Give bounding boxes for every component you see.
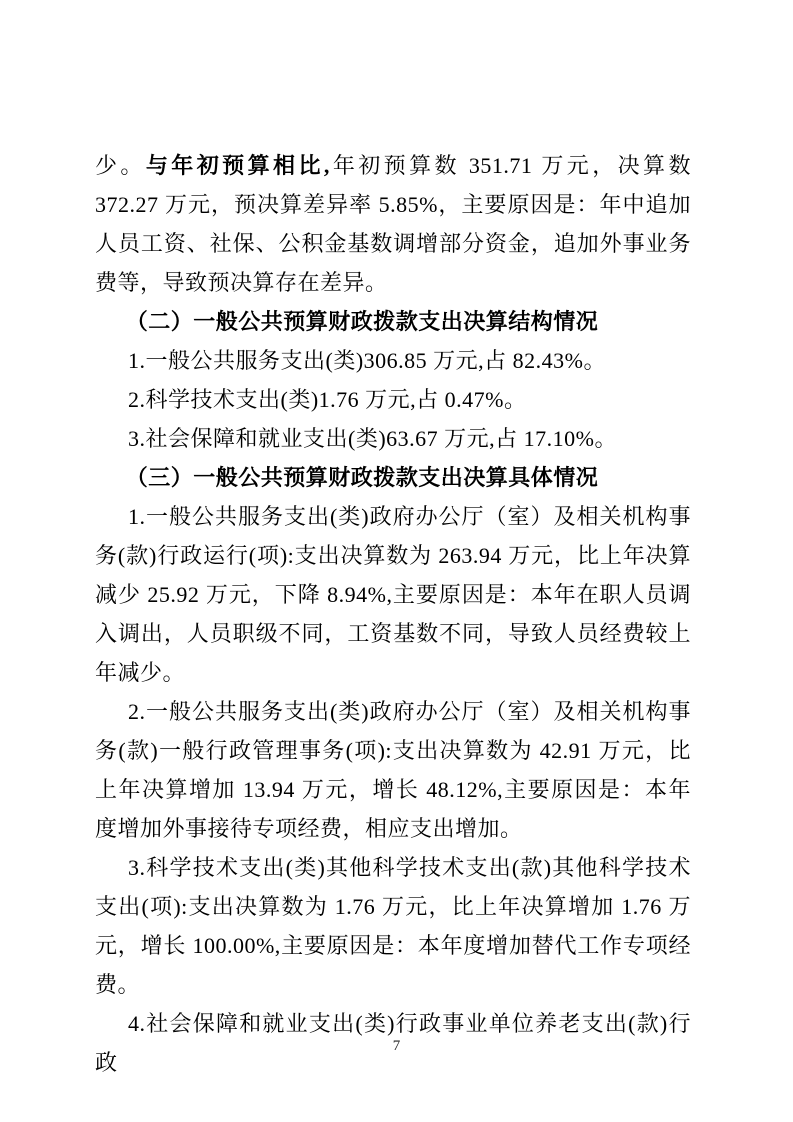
document-body: 少。与年初预算相比,年初预算数 351.71 万元，决算数 372.27 万元，…	[95, 146, 691, 1082]
section-3-heading: （三）一般公共预算财政拨款支出决算具体情况	[95, 458, 691, 497]
section-2-item-1: 1.一般公共服务支出(类)306.85 万元,占 82.43%。	[95, 341, 691, 380]
document-page: 少。与年初预算相比,年初预算数 351.71 万元，决算数 372.27 万元，…	[0, 0, 793, 1122]
continued-paragraph: 少。与年初预算相比,年初预算数 351.71 万元，决算数 372.27 万元，…	[95, 146, 691, 302]
page-number: 7	[393, 1038, 401, 1054]
section-2-heading: （二）一般公共预算财政拨款支出决算结构情况	[95, 302, 691, 341]
continued-paragraph-bold-phrase: 与年初预算相比,	[146, 153, 330, 178]
section-2-item-3: 3.社会保障和就业支出(类)63.67 万元,占 17.10%。	[95, 419, 691, 458]
continued-paragraph-lead: 少。	[95, 153, 146, 178]
section-3-item-3: 3.科学技术支出(类)其他科学技术支出(款)其他科学技术支出(项):支出决算数为…	[95, 848, 691, 1004]
section-3-item-1: 1.一般公共服务支出(类)政府办公厅（室）及相关机构事务(款)行政运行(项):支…	[95, 497, 691, 692]
page-footer: 7	[0, 1036, 793, 1056]
section-3-item-2: 2.一般公共服务支出(类)政府办公厅（室）及相关机构事务(款)一般行政管理事务(…	[95, 692, 691, 848]
section-2-item-2: 2.科学技术支出(类)1.76 万元,占 0.47%。	[95, 380, 691, 419]
